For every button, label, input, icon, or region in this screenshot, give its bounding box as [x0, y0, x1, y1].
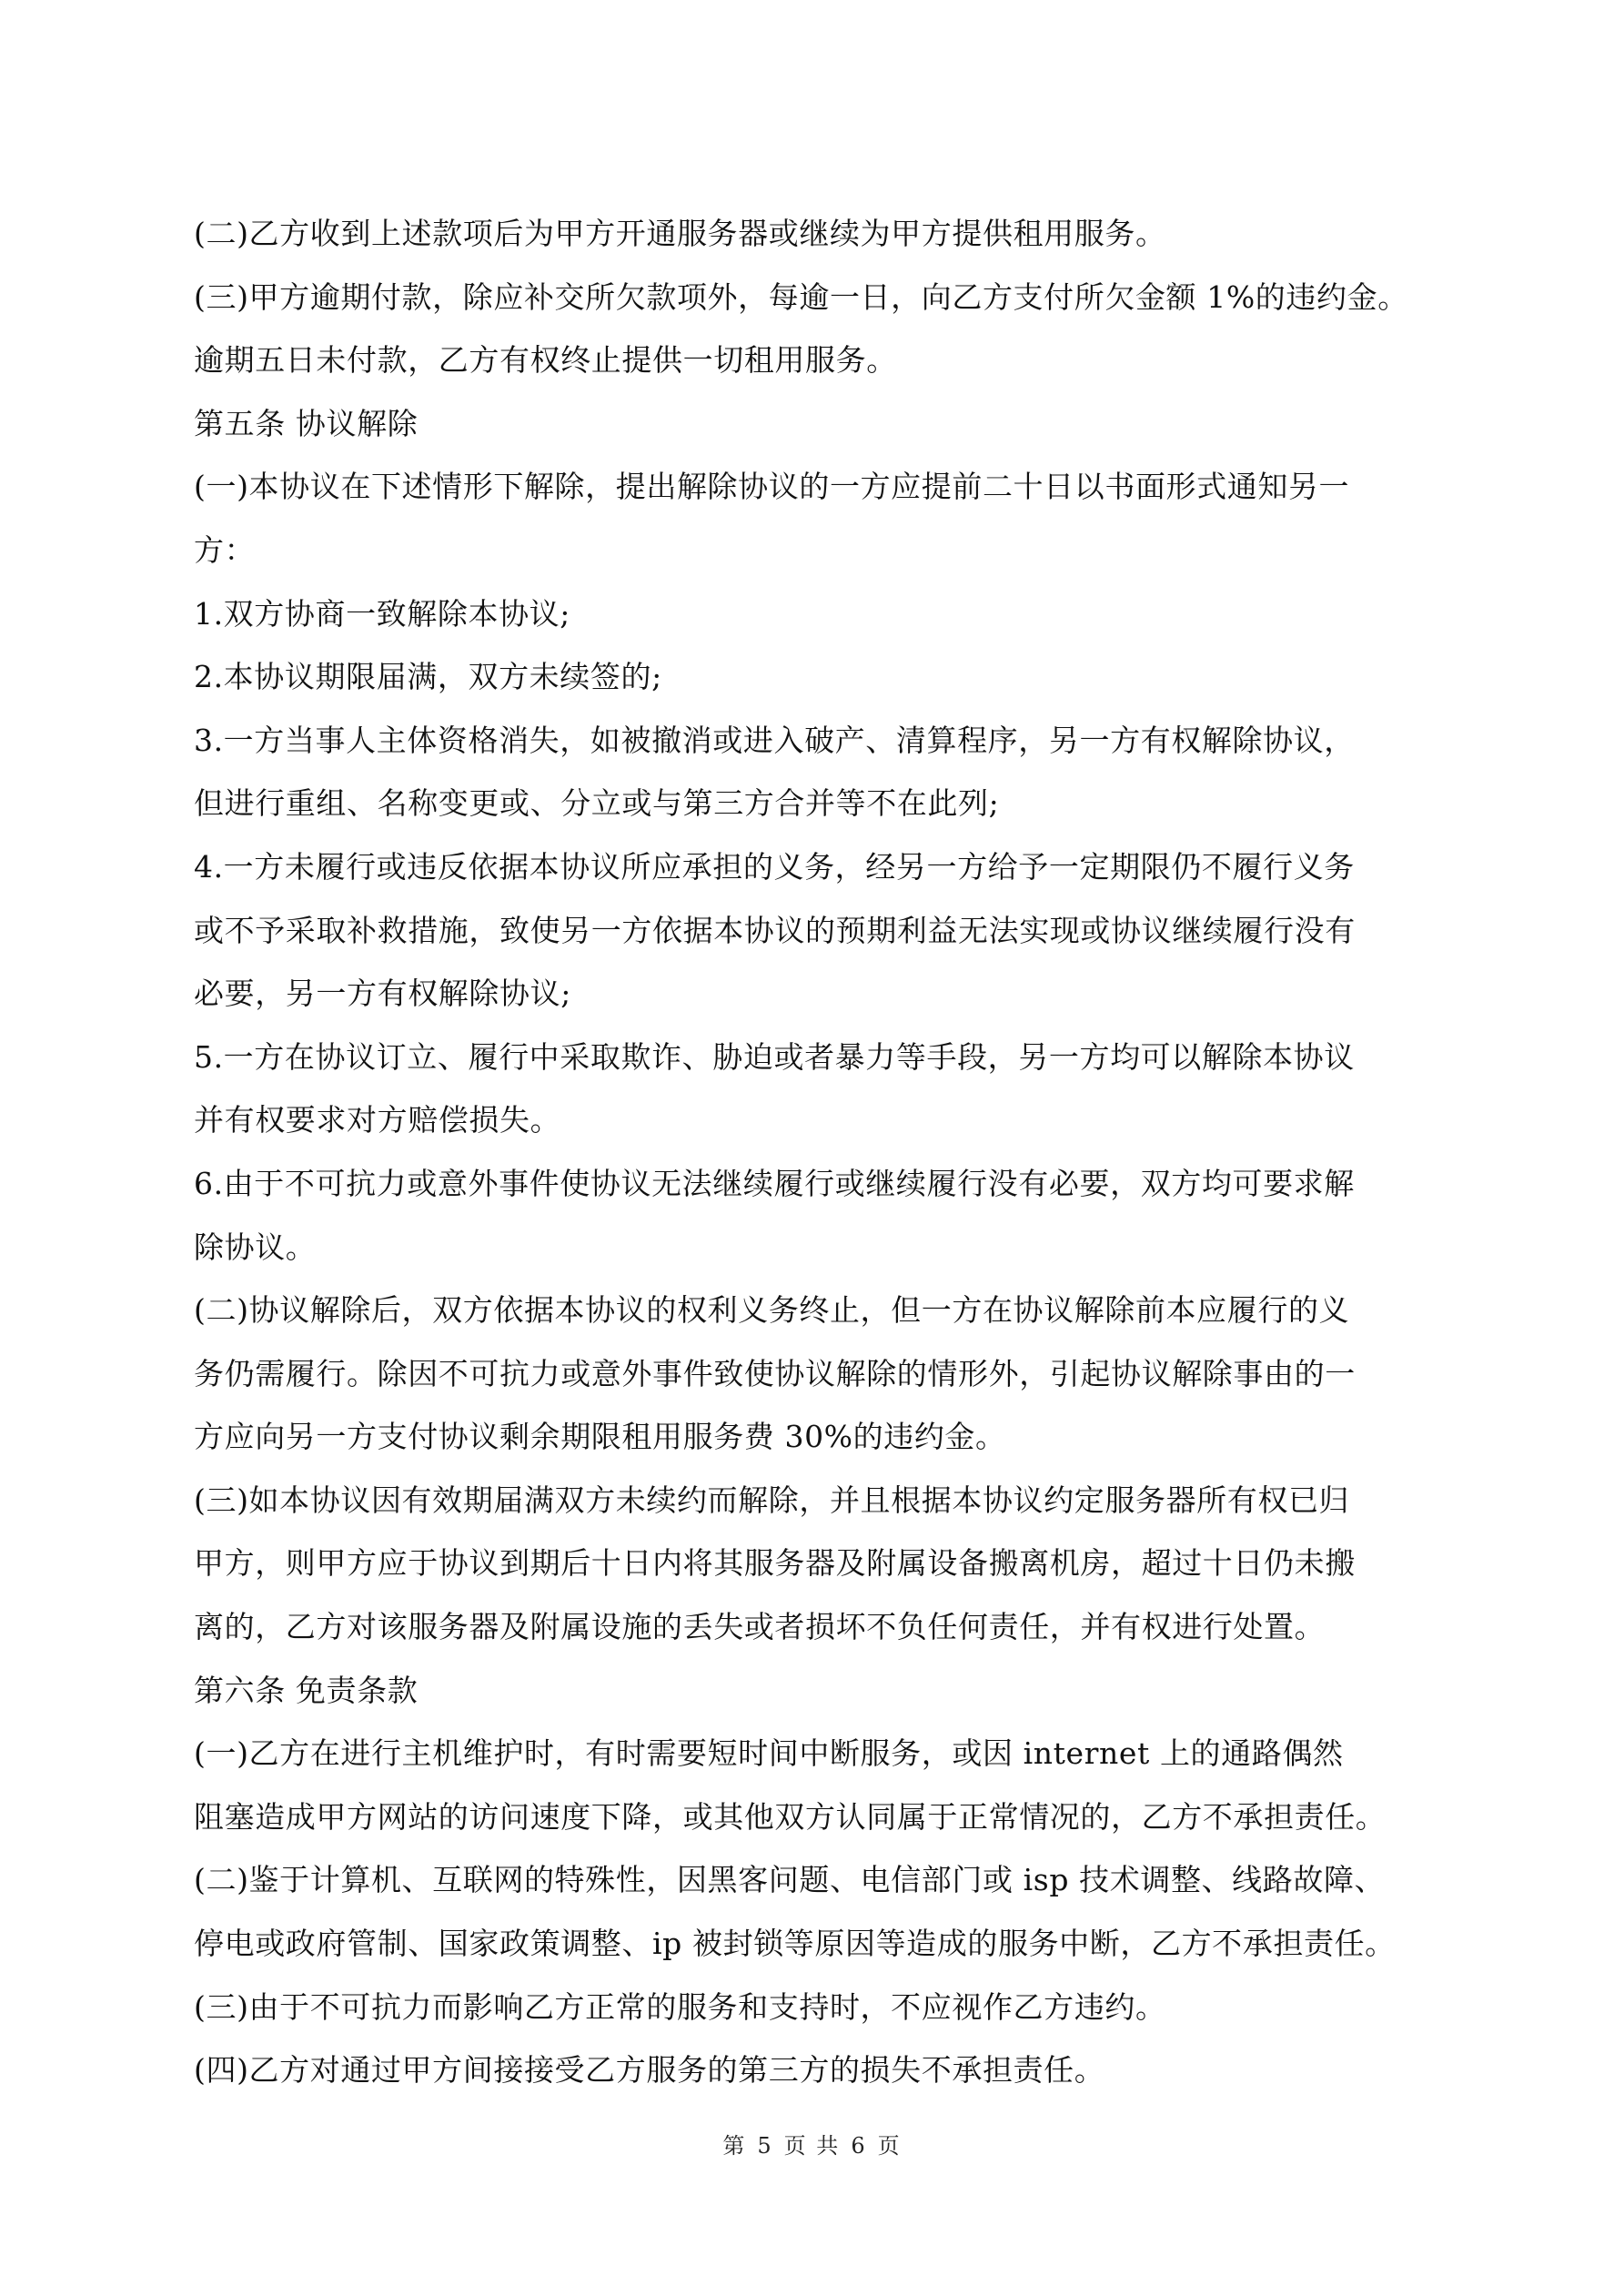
paragraph-line: (二)乙方收到上述款项后为甲方开通服务器或继续为甲方提供租用服务。: [194, 202, 1431, 266]
list-item: 5.一方在协议订立、履行中采取欺诈、胁迫或者暴力等手段，另一方均可以解除本协议: [194, 1026, 1431, 1089]
paragraph-line: 离的，乙方对该服务器及附属设施的丢失或者损坏不负任何责任，并有权进行处置。: [194, 1595, 1431, 1659]
list-item: 6.由于不可抗力或意外事件使协议无法继续履行或继续履行没有必要，双方均可要求解: [194, 1152, 1431, 1216]
paragraph-line: 逾期五日未付款，乙方有权终止提供一切租用服务。: [194, 329, 1431, 392]
list-item: 2.本协议期限届满，双方未续签的;: [194, 645, 1431, 709]
total-pages-number: 6: [851, 2133, 866, 2159]
list-item: 并有权要求对方赔偿损失。: [194, 1088, 1431, 1152]
list-item: 或不予采取补救措施，致使另一方依据本协议的预期利益无法实现或协议继续履行没有: [194, 899, 1431, 963]
paragraph-line: 停电或政府管制、国家政策调整、ip 被封锁等原因等造成的服务中断，乙方不承担责任…: [194, 1912, 1431, 1976]
section-heading: 第五条 协议解除: [194, 392, 1431, 456]
paragraph-line: (三)由于不可抗力而影响乙方正常的服务和支持时，不应视作乙方违约。: [194, 1976, 1431, 2039]
paragraph-line: 方：: [194, 519, 1431, 582]
paragraph-line: (一)乙方在进行主机维护时，有时需要短时间中断服务，或因 internet 上的…: [194, 1722, 1431, 1785]
list-item: 1.双方协商一致解除本协议;: [194, 582, 1431, 646]
page-footer: 第5页 共6页: [0, 2128, 1624, 2159]
document-page: (二)乙方收到上述款项后为甲方开通服务器或继续为甲方提供租用服务。 (三)甲方逾…: [194, 202, 1431, 2102]
paragraph-line: 方应向另一方支付协议剩余期限租用服务费 30%的违约金。: [194, 1405, 1431, 1469]
paragraph-line: (三)如本协议因有效期届满双方未续约而解除，并且根据本协议约定服务器所有权已归: [194, 1469, 1431, 1532]
paragraph-line: (一)本协议在下述情形下解除，提出解除协议的一方应提前二十日以书面形式通知另一: [194, 455, 1431, 519]
section-heading: 第六条 免责条款: [194, 1659, 1431, 1723]
list-item: 但进行重组、名称变更或、分立或与第三方合并等不在此列;: [194, 772, 1431, 835]
paragraph-line: (二)协议解除后，双方依据本协议的权利义务终止，但一方在协议解除前本应履行的义: [194, 1279, 1431, 1342]
footer-middle: 页 共: [784, 2133, 841, 2159]
paragraph-line: 务仍需履行。除因不可抗力或意外事件致使协议解除的情形外，引起协议解除事由的一: [194, 1342, 1431, 1406]
list-item: 3.一方当事人主体资格消失，如被撤消或进入破产、清算程序，另一方有权解除协议，: [194, 709, 1431, 773]
paragraph-line: (三)甲方逾期付款，除应补交所欠款项外，每逾一日，向乙方支付所欠金额 1%的违约…: [194, 266, 1431, 329]
paragraph-line: (二)鉴于计算机、互联网的特殊性，因黑客问题、电信部门或 isp 技术调整、线路…: [194, 1848, 1431, 1912]
list-item: 必要，另一方有权解除协议;: [194, 962, 1431, 1026]
list-item: 4.一方未履行或违反依据本协议所应承担的义务，经另一方给予一定期限仍不履行义务: [194, 835, 1431, 899]
list-item: 除协议。: [194, 1216, 1431, 1279]
footer-prefix: 第: [722, 2133, 746, 2159]
paragraph-line: 甲方，则甲方应于协议到期后十日内将其服务器及附属设备搬离机房，超过十日仍未搬: [194, 1532, 1431, 1595]
paragraph-line: (四)乙方对通过甲方间接接受乙方服务的第三方的损失不承担责任。: [194, 2038, 1431, 2102]
footer-suffix: 页: [878, 2133, 902, 2159]
current-page-number: 5: [757, 2133, 772, 2159]
paragraph-line: 阻塞造成甲方网站的访问速度下降，或其他双方认同属于正常情况的，乙方不承担责任。: [194, 1785, 1431, 1849]
